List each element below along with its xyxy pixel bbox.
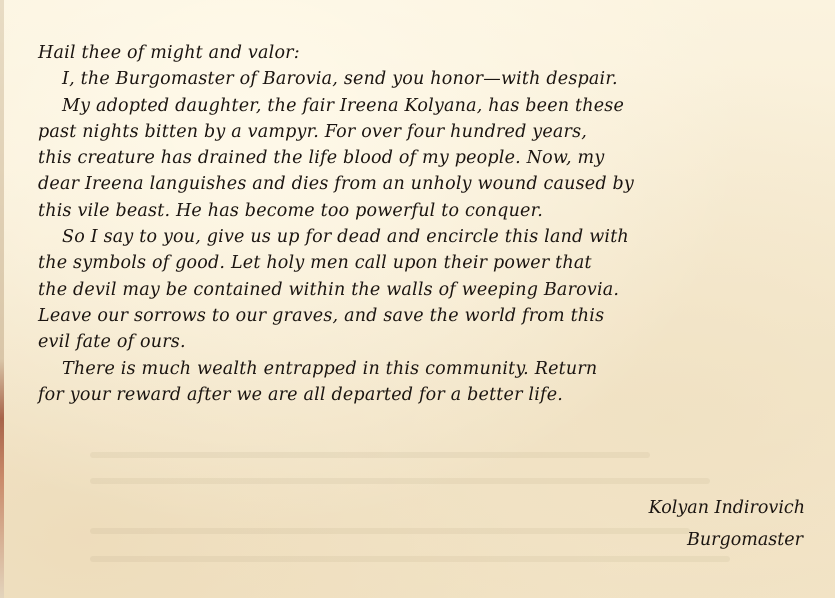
bleed-through-text xyxy=(90,556,730,562)
letter-line: I, the Burgomaster of Barovia, send you … xyxy=(38,66,818,92)
letter-line: this vile beast. He has become too power… xyxy=(38,198,818,224)
letter-line: So I say to you, give us up for dead and… xyxy=(38,224,818,250)
letter-line: evil fate of ours. xyxy=(38,329,818,355)
letter-line: My adopted daughter, the fair Ireena Kol… xyxy=(38,93,818,119)
letter-body: Hail thee of might and valor: I, the Bur… xyxy=(38,40,818,408)
salutation: Hail thee of might and valor: xyxy=(38,40,818,66)
letter-line: the symbols of good. Let holy men call u… xyxy=(38,250,818,276)
letter-line: There is much wealth entrapped in this c… xyxy=(38,356,818,382)
signature-name: Kolyan Indirovich xyxy=(649,498,805,518)
paper-edge-stain xyxy=(0,0,4,598)
bleed-through-text xyxy=(90,478,710,484)
letter-line: Leave our sorrows to our graves, and sav… xyxy=(38,303,818,329)
signature-title: Burgomaster xyxy=(687,530,803,550)
letter-line: this creature has drained the life blood… xyxy=(38,145,818,171)
letter-line: past nights bitten by a vampyr. For over… xyxy=(38,119,818,145)
letter-line: for your reward after we are all departe… xyxy=(38,382,818,408)
letter-line: dear Ireena languishes and dies from an … xyxy=(38,171,818,197)
letter-line: the devil may be contained within the wa… xyxy=(38,277,818,303)
parchment-page: Hail thee of might and valor: I, the Bur… xyxy=(0,0,835,598)
bleed-through-text xyxy=(90,528,690,534)
bleed-through-text xyxy=(90,452,650,458)
